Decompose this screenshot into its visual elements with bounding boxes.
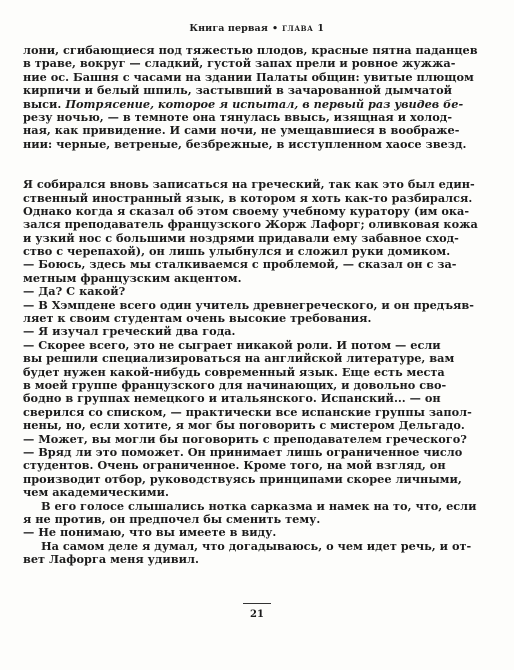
- dialogue-line: нены, но, если хотите, я мог бы поговори…: [23, 419, 439, 432]
- text-line: вет Лафорга меня удивил.: [23, 553, 439, 566]
- dialogue-line: — В Хэмпдене всего один учитель древнегр…: [23, 299, 439, 312]
- text-line: я не против, он предпочел бы сменить тем…: [23, 513, 439, 526]
- text-line: резу ночью, — в темноте она тянулась ввы…: [23, 111, 439, 124]
- dialogue-line: студентов. Очень ограниченное. Кроме тог…: [23, 459, 439, 472]
- dialogue-line: чем академическими.: [23, 486, 439, 499]
- text-line: лони, сгибающиеся под тяжестью плодов, к…: [23, 44, 439, 57]
- dialogue-line: — Вряд ли это поможет. Он принимает лишь…: [23, 446, 439, 459]
- text-line: ние ос. Башня с часами на здании Палаты …: [23, 71, 439, 84]
- dialogue-line: — Не понимаю, что вы имеете в виду.: [23, 526, 439, 539]
- text-line: ственный иностранный язык, в котором я х…: [23, 192, 439, 205]
- book-title: Книга первая: [189, 23, 268, 34]
- section-break: [23, 151, 439, 178]
- italic-text: Потрясение, которое я испытал, в первый …: [65, 97, 463, 111]
- dialogue-line: — Скорее всего, это не сыграет никакой р…: [23, 339, 439, 352]
- dialogue-line: в моей группе французского для начинающи…: [23, 379, 439, 392]
- dialogue-line: — Боюсь, здесь мы сталкиваемся с проблем…: [23, 258, 439, 271]
- text-line: в траве, вокруг — сладкий, густой запах …: [23, 57, 439, 70]
- running-head: Книга первая•глава 1: [0, 23, 514, 34]
- dialogue-line: — Может, вы могли бы поговорить с препод…: [23, 433, 439, 446]
- text-line: нии: черные, ветреные, безбрежные, в исс…: [23, 138, 439, 151]
- dialogue-line: будет нужен какой-нибудь современный язы…: [23, 366, 439, 379]
- text-line: кирпичи и белый шпиль, застывший в зачар…: [23, 84, 439, 97]
- text-fragment: выси.: [23, 97, 61, 111]
- separator-bullet: •: [272, 23, 278, 34]
- text-line: ство с черепахой), он лишь улыбнулся и с…: [23, 245, 439, 258]
- text-line: выси. Потрясение, которое я испытал, в п…: [23, 98, 439, 111]
- dialogue-line: метным французским акцентом.: [23, 272, 439, 285]
- dialogue-line: ляет к своим студентам очень высокие тре…: [23, 312, 439, 325]
- page-body: лони, сгибающиеся под тяжестью плодов, к…: [23, 44, 439, 566]
- dialogue-line: вы решили специализироваться на английск…: [23, 352, 439, 365]
- text-line: В его голосе слышались нотка сарказма и …: [23, 500, 439, 513]
- chapter-title: глава 1: [282, 23, 324, 34]
- text-line: ная, как привидение. И сами ночи, не уме…: [23, 124, 439, 137]
- dialogue-line: — Да? С какой?: [23, 285, 439, 298]
- dialogue-line: бодно в группах немецкого и итальянского…: [23, 392, 439, 405]
- dialogue-line: — Я изучал греческий два года.: [23, 325, 439, 338]
- text-line: На самом деле я думал, что догадываюсь, …: [23, 540, 439, 553]
- dialogue-line: сверился со списком, — практически все и…: [23, 406, 439, 419]
- dialogue-line: производит отбор, руководствуясь принцип…: [23, 473, 439, 486]
- footer-rule: [243, 603, 271, 604]
- text-line: Однако когда я сказал об этом своему уче…: [23, 205, 439, 218]
- page-number: 21: [0, 609, 514, 620]
- text-line: зался преподаватель французского Жорж Ла…: [23, 218, 439, 231]
- page-footer: 21: [0, 603, 514, 620]
- text-line: и узкий нос с большими ноздрями придавал…: [23, 232, 439, 245]
- text-line: Я собирался вновь записаться на гречески…: [23, 178, 439, 191]
